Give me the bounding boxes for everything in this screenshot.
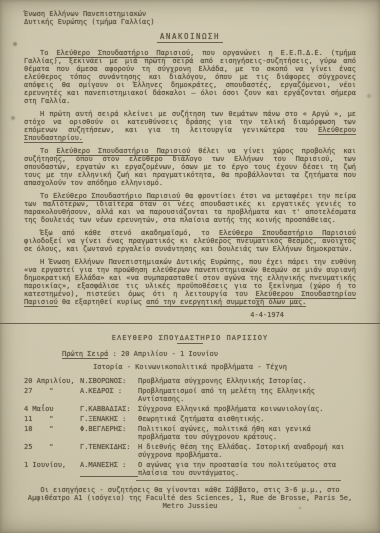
paragraph-6: Η Ένωση Ελλήνων Πανεπιστημιακών Δυτικής …: [24, 258, 356, 306]
schedule-date: 27 ": [24, 387, 80, 403]
schedule-speaker: Φ.ΒΕΓΛΕΡΗΣ:: [80, 425, 138, 441]
organization-name-line1: Ένωση Ελλήνων Πανεπιστημιακών: [24, 10, 356, 18]
seminar-heading: ΕΛΕΥΘΕΡΟ ΣΠΟΥΔΑΣΤΗΡΙΟ ΠΑΡΙΣΙΟΥ: [24, 334, 356, 342]
schedule-topic: Προβλήματα σύγχρονης Ελληνικής Ιστορίας.: [138, 377, 356, 385]
schedule-topic: Πολιτικοί αγώνες, πολιτικά ήθη και γενικ…: [138, 425, 356, 441]
schedule-speaker: Α.ΜΑΝΕΣΗΣ :: [80, 461, 138, 477]
schedule-date: 18 ": [24, 425, 80, 441]
series-line: Πρώτη Σειρά : 20 Απριλίου - 1 Ιουνίου: [62, 350, 356, 358]
schedule-date: 20 Απριλίου,: [24, 377, 80, 385]
schedule-topic: Η διεθνής θέση της Ελλάδας. Ιστορική ανα…: [138, 443, 356, 459]
schedule-speaker: Α.ΚΕΔΡΟΣ :: [80, 387, 138, 403]
schedule-speaker: Ν.ΣΒΟΡΩΝΟΣ:: [80, 377, 138, 385]
schedule-date: 4 Μαΐου: [24, 405, 80, 413]
letterhead: Ένωση Ελλήνων Πανεπιστημιακών Δυτικής Ευ…: [24, 10, 356, 26]
schedule-row: 27 " Α.ΚΕΔΡΟΣ : Προβληματισμοί από τη με…: [24, 387, 356, 403]
schedule-date: 25 ": [24, 443, 80, 459]
schedule-row: 4 Μαΐου Γ.ΚΑΒΒΑΔΙΑΣ: Σύγχρονα Ελληνικά π…: [24, 405, 356, 413]
paragraph-2: Η πρώτη αυτή σειρά κλείνει με συζήτηση τ…: [24, 110, 356, 142]
schedule-topic: Ο αγώνας για την προστασία του πολιτεύμα…: [138, 461, 356, 477]
schedule-date: 11 ": [24, 415, 80, 423]
schedule-topic: Σύγχρονα Ελληνικά προβλήματα κοινωνιολογ…: [138, 405, 356, 413]
schedule-row: 1 Ιουνίου, Α.ΜΑΝΕΣΗΣ : Ο αγώνας για την …: [24, 461, 356, 477]
schedule-speaker: Γ.ΚΑΒΒΑΔΙΑΣ:: [80, 405, 138, 413]
schedule-speaker: Γ.ΞΕΝΑΚΗΣ :: [80, 415, 138, 423]
schedule-date: 1 Ιουνίου,: [24, 461, 80, 477]
schedule-speaker: Γ.ΤΕΝΕΚΙΔΗΣ:: [80, 443, 138, 459]
schedule-topic: Προβληματισμοί από τη μελέτη της Ελληνικ…: [138, 387, 356, 403]
page-content: Ένωση Ελλήνων Πανεπιστημιακών Δυτικής Ευ…: [0, 0, 380, 510]
schedule-row: 11 " Γ.ΞΕΝΑΚΗΣ : Θεωρητικά ζητήματα αισθ…: [24, 415, 356, 423]
separator-line: [0, 323, 380, 324]
schedule-topic: Θεωρητικά ζητήματα αισθητικής.: [138, 415, 356, 423]
subjects-line: Ιστορία - Κοινωνικοπολιτικά προβλήματα -…: [24, 363, 356, 371]
organization-name-line2: Δυτικής Ευρώπης (τμήμα Γαλλίας): [24, 18, 356, 26]
document-page: Ένωση Ελλήνων Πανεπιστημιακών Δυτικής Ευ…: [0, 0, 380, 533]
venue-note: Οι εισηγήσεις - συζητήσεις θα γίνονται κ…: [24, 486, 356, 510]
heading-underline: [177, 343, 203, 344]
paragraph-3: Το Ελεύθερο Σπουδαστήριο Παρισιού θέλει …: [24, 147, 356, 187]
paragraph-5: Έξω από κάθε στενό ακαδημαϊσμό, το Ελεύθ…: [24, 229, 356, 253]
schedule-row: 20 Απριλίου, Ν.ΣΒΟΡΩΝΟΣ: Προβλήματα σύγχ…: [24, 377, 356, 385]
lecture-schedule: 20 Απριλίου, Ν.ΣΒΟΡΩΝΟΣ: Προβλήματα σύγχ…: [24, 377, 356, 477]
document-title: ΑΝΑΚΟΙΝΩΣΗ: [24, 33, 356, 41]
schedule-row: 18 " Φ.ΒΕΓΛΕΡΗΣ: Πολιτικοί αγώνες, πολιτ…: [24, 425, 356, 441]
schedule-row: 25 " Γ.ΤΕΝΕΚΙΔΗΣ: Η διεθνής θέση της Ελλ…: [24, 443, 356, 459]
footer-separator-line: [136, 480, 341, 481]
paragraph-4: Το Ελεύθερο Σπουδαστήριο Παρισιού θα φρο…: [24, 192, 356, 224]
document-date: 4-4-1974: [24, 311, 356, 319]
paragraph-1: Το Ελεύθερο Σπουδαστήριο Παρισιού, που ο…: [24, 49, 356, 105]
